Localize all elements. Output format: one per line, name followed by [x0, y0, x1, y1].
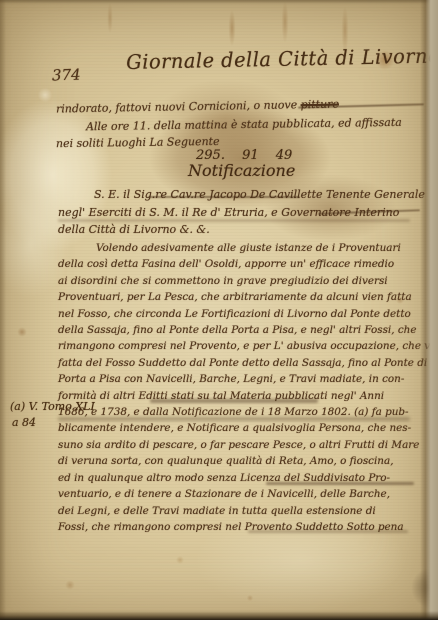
ink-smudge [58, 219, 410, 222]
manuscript-line: ventuario, e di tenere a Stazionare de i… [58, 486, 438, 502]
body-paragraph: Volendo adesivamente alle giuste istanze… [58, 240, 438, 535]
margin-note-page: a 84 [12, 416, 36, 429]
manuscript-page: 374 Giornale della Città di Livorno rind… [0, 0, 438, 620]
intro-line-1-text: rindorato, fattovi nuovi Cornicioni, o n… [56, 98, 301, 115]
manuscript-line: dei Legni, e delle Travi madiate in tutt… [58, 503, 438, 519]
manuscript-line: suno sia ardito di pescare, o far pescar… [58, 437, 438, 453]
manuscript-line: Fossi, che rimangono compresi nel Proven… [58, 519, 438, 535]
page-edge-top [0, 0, 438, 4]
manuscript-line: rimangono compresi nel Provento, e per L… [58, 338, 438, 354]
struck-word: pitture [301, 98, 339, 112]
manuscript-line: di veruna sorta, con qualunque qualità d… [58, 453, 438, 469]
manuscript-line: della così detta Fasina dell' Osoldi, ap… [58, 256, 438, 272]
manuscript-line: ai disordini che si commettono in grave … [58, 273, 438, 289]
page-edge-left [0, 0, 6, 620]
page-number: 374 [52, 66, 81, 85]
manuscript-line: fatta del Fosso Suddetto dal Ponte detto… [58, 355, 438, 371]
manuscript-line: formità di altri Editti stati su tal Mat… [58, 388, 438, 404]
page-title: Giornale della Città di Livorno [126, 43, 438, 74]
manuscript-line: blicamente intendere, e Notificare a qua… [58, 420, 438, 436]
manuscript-line: Porta a Pisa con Navicelli, Barche, Legn… [58, 371, 438, 387]
manuscript-line: Proventuari, per La Pesca, che arbitrari… [58, 289, 438, 305]
manuscript-line: della Sassaja, fino al Ponte della Porta… [58, 322, 438, 338]
intro-line-1: rindorato, fattovi nuovi Cornicioni, o n… [56, 98, 339, 116]
manuscript-line: nel Fosso, che circonda Le Fortificazion… [58, 306, 438, 322]
salutation-line-3: della Città di Livorno &. &. [58, 223, 210, 236]
salutation-line-1: S. E. il Sig.re Cav.re Jacopo De Caville… [94, 188, 425, 201]
manuscript-line: Volendo adesivamente alle giuste istanze… [58, 240, 438, 256]
margin-note-reference: (a) V. Tomo XLI [10, 400, 95, 413]
manuscript-line: 1686, e 1738, e dalla Notificazione de i… [58, 404, 438, 420]
intro-line-2: Alle ore 11. della mattina è stata pubbl… [86, 116, 402, 133]
salutation-line-2: negl' Eserciti di S. M. il Re d' Etruria… [58, 206, 399, 219]
manuscript-line: ed in qualunque altro modo senza Licenza… [58, 470, 438, 486]
page-edge-bottom [0, 611, 438, 620]
notification-heading: Notificazione [188, 161, 295, 180]
